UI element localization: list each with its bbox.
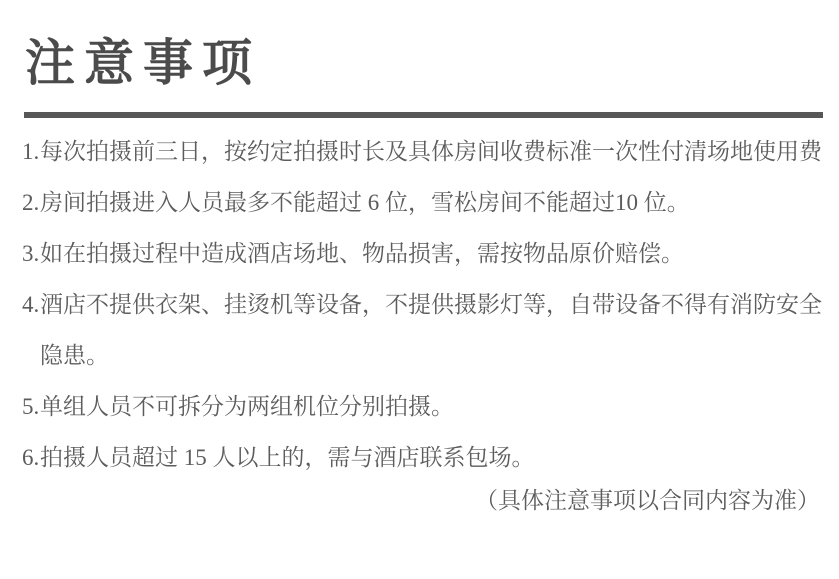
item-number: 4.	[22, 279, 40, 330]
item-number: 3.	[22, 228, 40, 279]
page-title: 注意事项	[25, 36, 261, 91]
item-text: 每次拍摄前三日，按约定拍摄时长及具体房间收费标准一次性付清场地使用费	[40, 126, 823, 177]
list-item: 5. 单组人员不可拆分为两组机位分别拍摄。	[22, 381, 823, 432]
list-item: 6. 拍摄人员超过 15 人以上的，需与酒店联系包场。	[22, 432, 823, 483]
title-divider	[24, 112, 823, 118]
item-number: 2.	[22, 177, 40, 228]
list-item: 1. 每次拍摄前三日，按约定拍摄时长及具体房间收费标准一次性付清场地使用费	[22, 126, 823, 177]
notice-page: 注意事项 1. 每次拍摄前三日，按约定拍摄时长及具体房间收费标准一次性付清场地使…	[0, 0, 839, 579]
item-text: 酒店不提供衣架、挂烫机等设备，不提供摄影灯等，自带设备不得有消防安全隐患。	[40, 279, 823, 381]
notice-list: 1. 每次拍摄前三日，按约定拍摄时长及具体房间收费标准一次性付清场地使用费 2.…	[22, 126, 823, 483]
list-item: 4. 酒店不提供衣架、挂烫机等设备，不提供摄影灯等，自带设备不得有消防安全隐患。	[22, 279, 823, 381]
item-number: 6.	[22, 432, 40, 483]
list-item: 2. 房间拍摄进入人员最多不能超过 6 位，雪松房间不能超过10 位。	[22, 177, 823, 228]
item-text: 房间拍摄进入人员最多不能超过 6 位，雪松房间不能超过10 位。	[40, 177, 823, 228]
item-text: 单组人员不可拆分为两组机位分别拍摄。	[40, 381, 823, 432]
item-text: 拍摄人员超过 15 人以上的，需与酒店联系包场。	[40, 432, 823, 483]
item-text: 如在拍摄过程中造成酒店场地、物品损害，需按物品原价赔偿。	[40, 228, 823, 279]
item-number: 5.	[22, 381, 40, 432]
list-item: 3. 如在拍摄过程中造成酒店场地、物品损害，需按物品原价赔偿。	[22, 228, 823, 279]
item-number: 1.	[22, 126, 40, 177]
footnote: （具体注意事项以合同内容为准）	[475, 483, 820, 519]
